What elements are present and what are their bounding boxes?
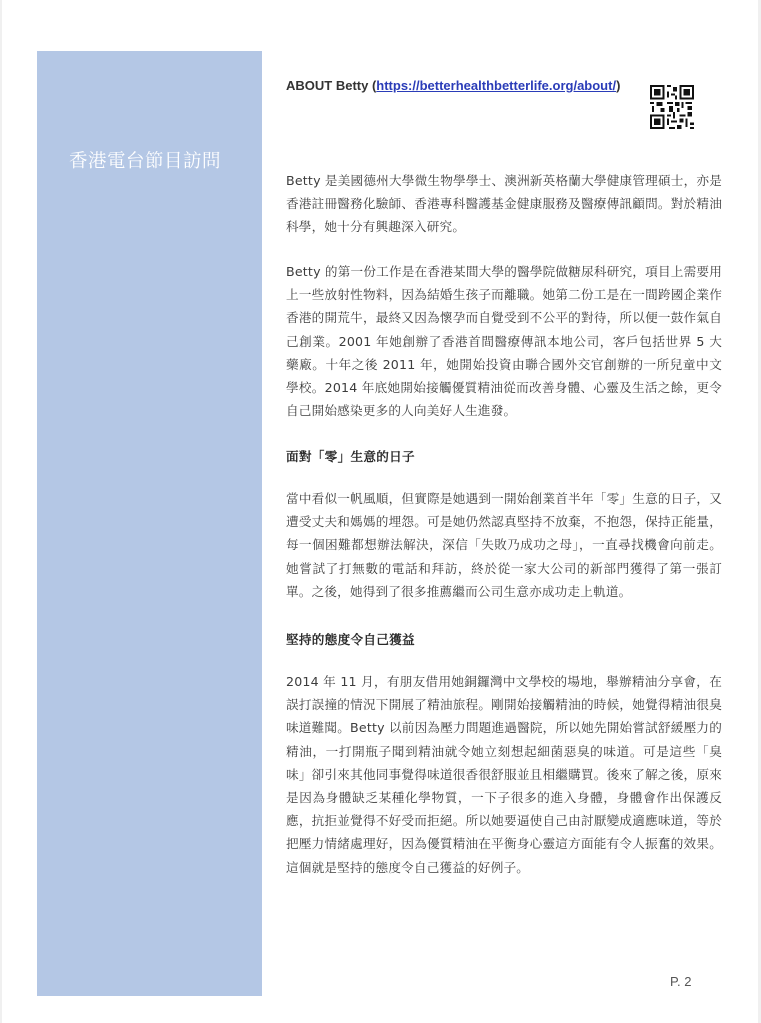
about-line: ABOUT Betty (https://betterhealthbetterl… bbox=[286, 78, 620, 93]
section-heading-zero-business: 面對「零」生意的日子 bbox=[286, 446, 415, 465]
about-suffix: ) bbox=[616, 78, 620, 93]
qr-code-icon bbox=[650, 85, 694, 129]
page-edge-left bbox=[0, 0, 2, 1023]
persistence-paragraph: 2014 年 11 月，有朋友借用她銅鑼灣中文學校的場地，舉辦精油分享會，在誤打… bbox=[286, 670, 722, 879]
about-link[interactable]: https://betterhealthbetterlife.org/about… bbox=[376, 78, 616, 93]
about-prefix: ABOUT Betty ( bbox=[286, 78, 376, 93]
sidebar-title: 香港電台節目訪問 bbox=[69, 147, 259, 173]
page-number: P. 2 bbox=[670, 974, 691, 989]
sidebar-panel: 香港電台節目訪問 bbox=[37, 51, 262, 996]
section-heading-persistence: 堅持的態度令自己獲益 bbox=[286, 629, 415, 648]
zero-business-paragraph: 當中看似一帆風順，但實際是她遇到一開始創業首半年「零」生意的日子，又遭受丈夫和媽… bbox=[286, 487, 722, 603]
career-paragraph: Betty 的第一份工作是在香港某間大學的醫學院做糖尿科研究，項目上需要用上一些… bbox=[286, 260, 722, 422]
intro-paragraph: Betty 是美國德州大學微生物學學士、澳洲新英格蘭大學健康管理碩士，亦是香港註… bbox=[286, 169, 722, 239]
